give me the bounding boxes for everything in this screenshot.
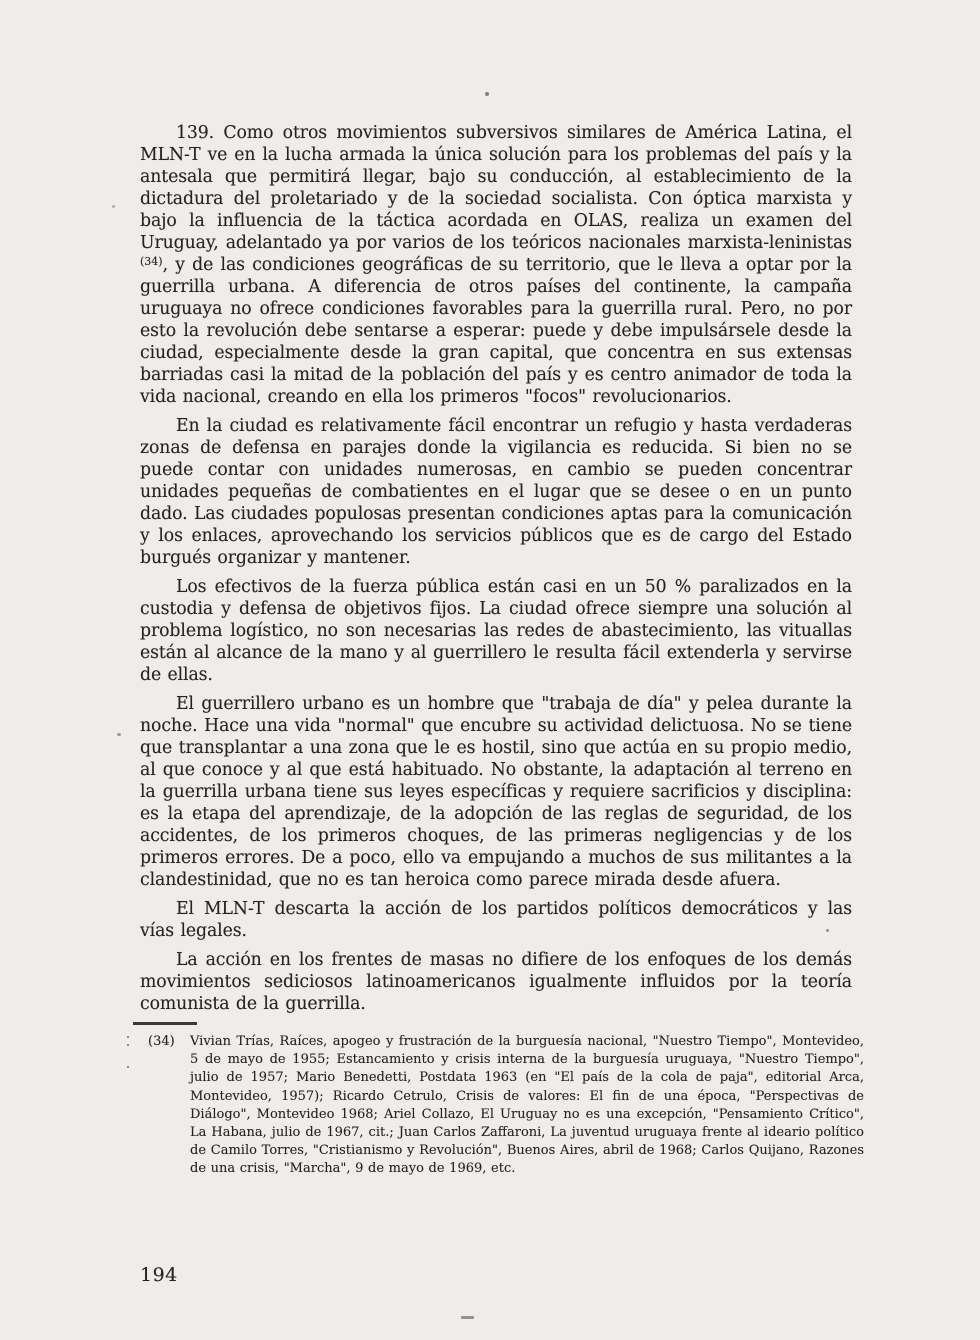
body-paragraph-4: El guerrillero urbano es un hombre que "… [140,693,852,891]
paragraph-text: 139. Como otros movimientos subversivos … [140,123,852,253]
paragraph-text: , y de las condiciones geográficas de su… [140,255,852,407]
scanned-book-page: 139. Como otros movimientos subversivos … [0,0,980,1340]
scan-artifact-dash [461,1316,474,1319]
scan-artifact-dot [826,929,829,932]
scan-artifact-dot [485,92,489,96]
body-paragraph-3: Los efectivos de la fuerza pública están… [140,576,852,686]
body-paragraph-2: En la ciudad es relativamente fácil enco… [140,415,852,569]
page-number: 194 [140,1264,178,1286]
scan-artifact-dot [117,733,121,736]
body-paragraph-5: El MLN-T descarta la acción de los parti… [140,898,852,942]
footnote-divider [133,1022,197,1025]
footnote-reference: (34) [140,255,163,268]
footnote-text: Vivian Trías, Raíces, apogeo y frustraci… [190,1033,864,1179]
footnote: (34) Vivian Trías, Raíces, apogeo y frus… [140,1033,864,1179]
scan-artifact-dots [127,1036,129,1038]
scan-artifact-dot [112,205,115,208]
body-paragraph-1: 139. Como otros movimientos subversivos … [140,122,852,408]
page-body: 139. Como otros movimientos subversivos … [140,122,852,1179]
body-paragraph-6: La acción en los frentes de masas no dif… [140,949,852,1015]
footnote-marker: (34) [148,1033,190,1179]
